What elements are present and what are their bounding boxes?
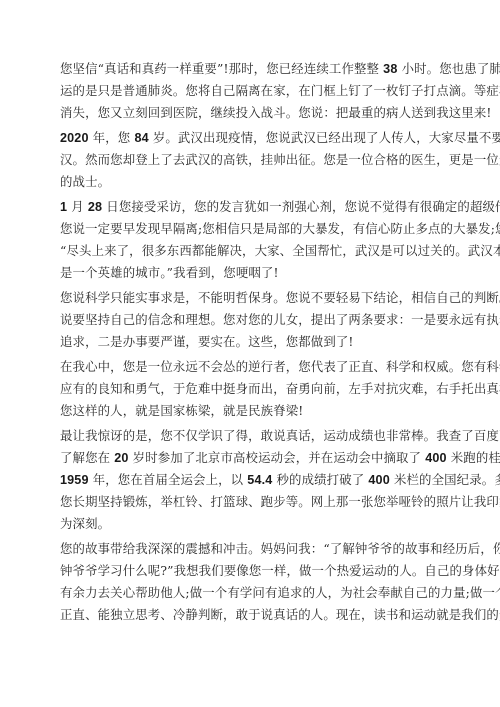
paragraph-2020-wuhan: 2020 年，您 84 岁。武汉出现疫情，您说武汉已经出现了人传人，大家尽量不要…	[60, 127, 450, 193]
text-line: 最让我惊讶的是，您不仅学识了得，敢说真话，运动成绩也非常棒。我查了百度百科，	[60, 425, 450, 447]
text-line: 1 月 28 日您接受采访，您的发言犹如一剂强心剂，您说不觉得有很确定的超级传播…	[60, 196, 450, 218]
text-line: 您这样的人，就是国家栋梁，就是民族脊梁!	[60, 400, 450, 422]
text-line: 应有的良知和勇气，于危难中挺身而出，奋勇向前，左手对抗灾难，右手托出真相。	[60, 378, 450, 400]
number-text: 400	[368, 473, 389, 487]
paragraph-impact: 您的故事带给我深深的震撼和冲击。妈妈问我：“了解钟爷爷的故事和经历后，你要向 钟…	[60, 538, 450, 626]
number-text: 20	[114, 451, 128, 465]
text-line: 是一个英雄的城市。”我看到，您哽咽了!	[60, 262, 450, 284]
text-line: 钟爷爷学习什么呢?”我想我们要像您一样，做一个热爱运动的人。自己的身体好，才	[60, 560, 450, 582]
text-line: 为深刻。	[60, 513, 450, 535]
paragraph-recovery: 您坚信“真话和真药一样重要”!那时，您已经连续工作整整 38 小时。您也患了肺炎…	[60, 58, 450, 124]
text-line: 追求，二是办事要严谨，要实在。这些，您都做到了!	[60, 331, 450, 353]
text-line: 的战士。	[60, 171, 450, 193]
paragraph-sports: 最让我惊讶的是，您不仅学识了得，敢说真话，运动成绩也非常棒。我查了百度百科， 了…	[60, 425, 450, 535]
text-line: 有余力去关心帮助他人;做一个有学问有追求的人，为社会奉献自己的力量;做一个为人	[60, 582, 450, 604]
text-line: 1959 年，您在首届全运会上，以 54.4 秒的成绩打破了 400 米栏的全国…	[60, 469, 450, 491]
text-line: 您说科学只能实事求是，不能明哲保身。您说不要轻易下结论，相信自己的判断。您	[60, 287, 450, 309]
paragraph-in-my-heart: 在我心中，您是一位永远不会怂的逆行者，您代表了正直、科学和权威。您有科学家 应有…	[60, 356, 450, 422]
text-line: 您的故事带给我深深的震撼和冲击。妈妈问我：“了解钟爷爷的故事和经历后，你要向	[60, 538, 450, 560]
text-line: 正直、能独立思考、冷静判断，敢于说真话的人。现在，读书和运动就是我们的责任!	[60, 604, 450, 626]
number-text: 2020	[60, 131, 89, 145]
text-line: 2020 年，您 84 岁。武汉出现疫情，您说武汉已经出现了人传人，大家尽量不要…	[60, 127, 450, 149]
paragraph-science: 您说科学只能实事求是，不能明哲保身。您说不要轻易下结论，相信自己的判断。您 说要…	[60, 287, 450, 353]
text-line: 您说一定要早发现早隔离;您相信只是局部的大暴发，有信心防止多点的大暴发;您说	[60, 218, 450, 240]
number-text: 1	[60, 200, 67, 214]
text-line: 消失，您又立刻回到医院，继续投入战斗。您说：把最重的病人送到我这里来!	[60, 102, 450, 124]
number-text: 38	[383, 62, 397, 76]
number-text: 84	[134, 131, 148, 145]
paragraph-interview: 1 月 28 日您接受采访，您的发言犹如一剂强心剂，您说不觉得有很确定的超级传播…	[60, 196, 450, 284]
text-line: 您坚信“真话和真药一样重要”!那时，您已经连续工作整整 38 小时。您也患了肺炎…	[60, 58, 450, 80]
document-page: 您坚信“真话和真药一样重要”!那时，您已经连续工作整整 38 小时。您也患了肺炎…	[60, 58, 450, 629]
number-text: 54.4	[247, 473, 272, 487]
text-line: 了解您在 20 岁时参加了北京市高校运动会，并在运动会中摘取了 400 米跑的桂…	[60, 447, 450, 469]
number-text: 400	[425, 451, 446, 465]
text-line: 运的是只是普通肺炎。您将自己隔离在家，在门框上钉了一枚钉子打点滴。等症状一	[60, 80, 450, 102]
text-line: “尽头上来了，很多东西都能解决，大家、全国帮忙，武汉是可以过关的。武汉本来就	[60, 240, 450, 262]
text-line: 汉。然而您却登上了去武汉的高铁，挂帅出征。您是一位合格的医生，更是一位无畏	[60, 149, 450, 171]
text-line: 说要坚持自己的信念和理想。您对您的儿女，提出了两条要求：一是要永远有执着的	[60, 309, 450, 331]
number-text: 1959	[60, 473, 89, 487]
number-text: 28	[88, 200, 102, 214]
text-line: 您长期坚持锻炼，举杠铃、打篮球、跑步等。网上那一张您举哑铃的照片让我印象尤	[60, 491, 450, 513]
text-line: 在我心中，您是一位永远不会怂的逆行者，您代表了正直、科学和权威。您有科学家	[60, 356, 450, 378]
